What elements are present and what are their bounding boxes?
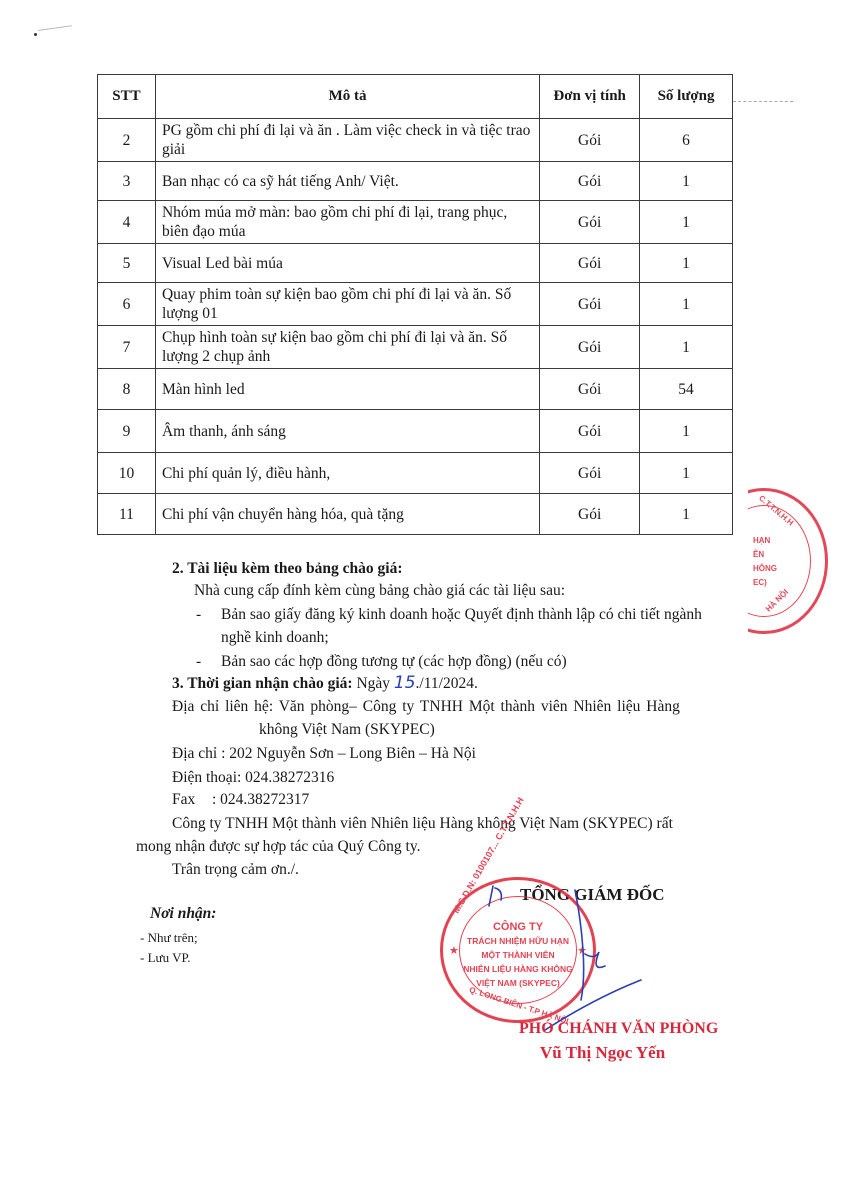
cell-stt: 4 [98, 201, 156, 244]
cell-quantity: 1 [640, 201, 733, 244]
items-table: STT Mô tả Đơn vị tính Số lượng 2 PG gồm … [97, 74, 733, 535]
cell-unit: Gói [540, 283, 640, 326]
table-row: 2 PG gồm chi phí đi lại và ăn . Làm việc… [98, 119, 733, 162]
table-header-row: STT Mô tả Đơn vị tính Số lượng [98, 75, 733, 119]
date-prefix: Ngày [356, 675, 390, 692]
table-row: 10 Chi phí quản lý, điều hành, Gói 1 [98, 453, 733, 494]
cell-stt: 8 [98, 369, 156, 410]
handwritten-signature [455, 880, 655, 1040]
cell-quantity: 1 [640, 453, 733, 494]
cell-stt: 5 [98, 244, 156, 283]
cell-description: PG gồm chi phí đi lại và ăn . Làm việc c… [155, 119, 539, 162]
cell-description: Nhóm múa mở màn: bao gồm chi phí đi lại,… [155, 201, 539, 244]
cell-description: Visual Led bài múa [155, 244, 539, 283]
edge-stamp-text: HÔNG [753, 563, 777, 574]
cell-description: Âm thanh, ánh sáng [155, 410, 539, 453]
bullet-1-line2: nghề kinh doanh; [221, 627, 329, 648]
table-row: 5 Visual Led bài múa Gói 1 [98, 244, 733, 283]
date-suffix: ./11/2024. [416, 675, 478, 692]
cell-description: Chi phí quản lý, điều hành, [155, 453, 539, 494]
fax-label: Fax [172, 789, 195, 810]
header-stt: STT [98, 75, 156, 119]
thanks-line: Trân trọng cảm ơn./. [172, 859, 299, 880]
scan-mark [34, 33, 37, 36]
table-row: 4 Nhóm múa mở màn: bao gồm chi phí đi lạ… [98, 201, 733, 244]
contact-line1: Địa chỉ liên hệ: Văn phòng– Công ty TNHH… [172, 696, 680, 717]
cell-quantity: 1 [640, 283, 733, 326]
delegate-title: PHÓ CHÁNH VĂN PHÒNG [519, 1018, 718, 1039]
cell-unit: Gói [540, 162, 640, 201]
cell-description: Chi phí vận chuyển hàng hóa, quà tặng [155, 494, 539, 535]
closing-line2: mong nhận được sự hợp tác của Quý Công t… [136, 836, 420, 857]
section2-intro: Nhà cung cấp đính kèm cùng bảng chào giá… [194, 580, 565, 601]
cell-stt: 3 [98, 162, 156, 201]
address-line: Địa chỉ : 202 Nguyễn Sơn – Long Biên – H… [172, 743, 476, 764]
header-unit: Đơn vị tính [540, 75, 640, 119]
bullet-mark: - [196, 604, 201, 625]
recipients-title: Nơi nhận: [150, 903, 216, 924]
closing-line1: Công ty TNHH Một thành viên Nhiên liệu H… [172, 813, 673, 834]
cell-quantity: 1 [640, 162, 733, 201]
cell-quantity: 1 [640, 410, 733, 453]
bullet-mark: - [196, 651, 201, 672]
cell-unit: Gói [540, 119, 640, 162]
section2-heading: 2. Tài liệu kèm theo bảng chào giá: [172, 558, 403, 579]
bullet-1-line1: Bản sao giấy đăng ký kinh doanh hoặc Quy… [221, 604, 702, 625]
cell-unit: Gói [540, 326, 640, 369]
cell-unit: Gói [540, 410, 640, 453]
cell-unit: Gói [540, 244, 640, 283]
section3-heading: 3. Thời gian nhận chào giá: [172, 675, 353, 692]
table-row: 8 Màn hình led Gói 54 [98, 369, 733, 410]
header-quantity: Số lượng [640, 75, 733, 119]
cell-description: Màn hình led [155, 369, 539, 410]
cell-unit: Gói [540, 453, 640, 494]
cell-unit: Gói [540, 369, 640, 410]
table-row: 9 Âm thanh, ánh sáng Gói 1 [98, 410, 733, 453]
cell-stt: 7 [98, 326, 156, 369]
cell-quantity: 1 [640, 494, 733, 535]
table-row: 3 Ban nhạc có ca sỹ hát tiếng Anh/ Việt.… [98, 162, 733, 201]
phone-line: Điện thoại: 024.38272316 [172, 767, 334, 788]
scan-dash [733, 101, 793, 102]
cell-quantity: 1 [640, 326, 733, 369]
signer-name: Vũ Thị Ngọc Yến [540, 1042, 665, 1063]
cell-description: Ban nhạc có ca sỹ hát tiếng Anh/ Việt. [155, 162, 539, 201]
cell-stt: 6 [98, 283, 156, 326]
cell-stt: 2 [98, 119, 156, 162]
cell-stt: 10 [98, 453, 156, 494]
scan-mark-line [38, 25, 72, 31]
cell-stt: 9 [98, 410, 156, 453]
table-row: 6 Quay phim toàn sự kiện bao gồm chi phí… [98, 283, 733, 326]
table-row: 7 Chụp hình toàn sự kiện bao gồm chi phí… [98, 326, 733, 369]
cell-stt: 11 [98, 494, 156, 535]
recipient-item: - Lưu VP. [140, 947, 191, 968]
cell-quantity: 6 [640, 119, 733, 162]
bullet-2-line1: Bản sao các hợp đồng tương tự (các hợp đ… [221, 651, 567, 672]
cell-unit: Gói [540, 201, 640, 244]
contact-line2: không Việt Nam (SKYPEC) [259, 719, 435, 740]
cell-quantity: 1 [640, 244, 733, 283]
cell-description: Quay phim toàn sự kiện bao gồm chi phí đ… [155, 283, 539, 326]
edge-stamp-text: ÊN [753, 549, 764, 560]
header-description: Mô tả [155, 75, 539, 119]
section3-date-line: 3. Thời gian nhận chào giá: Ngày 15./11/… [172, 673, 478, 694]
cell-unit: Gói [540, 494, 640, 535]
edge-stamp-text: HẠN [753, 535, 770, 546]
cell-description: Chụp hình toàn sự kiện bao gồm chi phí đ… [155, 326, 539, 369]
date-handwritten-day: 15 [394, 673, 416, 693]
recipient-item: - Như trên; [140, 927, 198, 948]
fax-value: : 024.38272317 [212, 789, 309, 810]
cell-quantity: 54 [640, 369, 733, 410]
table-row: 11 Chi phí vận chuyển hàng hóa, quà tặng… [98, 494, 733, 535]
edge-stamp-text: EC) [753, 577, 767, 588]
edge-stamp: C.T.T.N.H.H HẠN ÊN HÔNG EC) HÀ NỘI [748, 480, 849, 640]
